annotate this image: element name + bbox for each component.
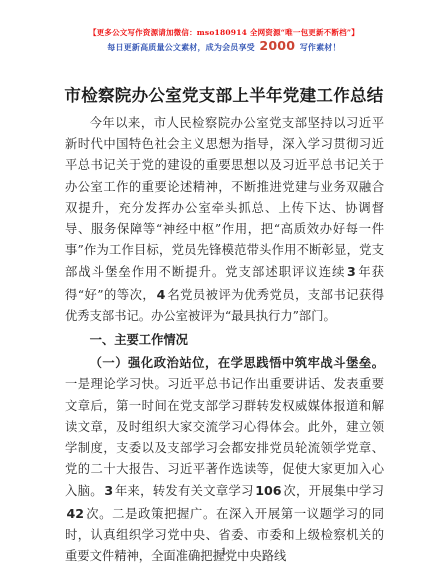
document-page: 【更多公文写作资源请加微信：mso180914 全网资源“唯一包更新不断档”】 … bbox=[0, 0, 448, 580]
paragraph: （一）强化政治站位，在学思践悟中筑牢战斗堡垒。一是理论学习快。习近平总书记作出重… bbox=[65, 352, 384, 567]
paragraph-text: 今年以来，市人民检察院办公室党支部坚持以习近平新时代中国特色社会主义思想为指导，… bbox=[65, 116, 384, 323]
inline-number: 42 bbox=[65, 506, 86, 521]
document-body: 今年以来，市人民检察院办公室党支部坚持以习近平新时代中国特色社会主义思想为指导，… bbox=[65, 113, 384, 567]
inline-number: 106 bbox=[254, 483, 283, 498]
header-ad-line1: 【更多公文写作资源请加微信：mso180914 全网资源“唯一包更新不断档”】 bbox=[0, 27, 448, 39]
header-ad-line2-prefix: 每日更新高质量公文素材，成为会员享受 bbox=[107, 42, 258, 52]
paragraph-lead-bold: 一、主要工作情况 bbox=[90, 332, 188, 347]
header-ad-line2-suffix: 写作素材！ bbox=[297, 42, 341, 52]
document-title: 市检察院办公室党支部上半年党建工作总结 bbox=[40, 84, 408, 108]
inline-number: 3 bbox=[103, 483, 115, 498]
paragraph-lead-bold: （一）强化政治站位，在学思践悟中筑牢战斗堡垒。 bbox=[90, 355, 384, 370]
paragraph: 今年以来，市人民检察院办公室党支部坚持以习近平新时代中国特色社会主义思想为指导，… bbox=[65, 113, 384, 327]
header-ad-line2: 每日更新高质量公文素材，成为会员享受 2000 写作素材！ bbox=[0, 39, 448, 54]
section-heading: 一、主要工作情况 bbox=[65, 329, 384, 350]
inline-number: 4 bbox=[155, 287, 167, 302]
page-number: 1 bbox=[0, 547, 448, 558]
inline-number: 3 bbox=[346, 264, 358, 279]
header-ad-block: 【更多公文写作资源请加微信：mso180914 全网资源“唯一包更新不断档”】 … bbox=[0, 27, 448, 54]
paragraph-text: 一是理论学习快。习近平总书记作出重要讲话、发表重要文章后，第一时间在党支部学习群… bbox=[65, 377, 384, 563]
header-ad-line2-number: 2000 bbox=[258, 38, 297, 53]
